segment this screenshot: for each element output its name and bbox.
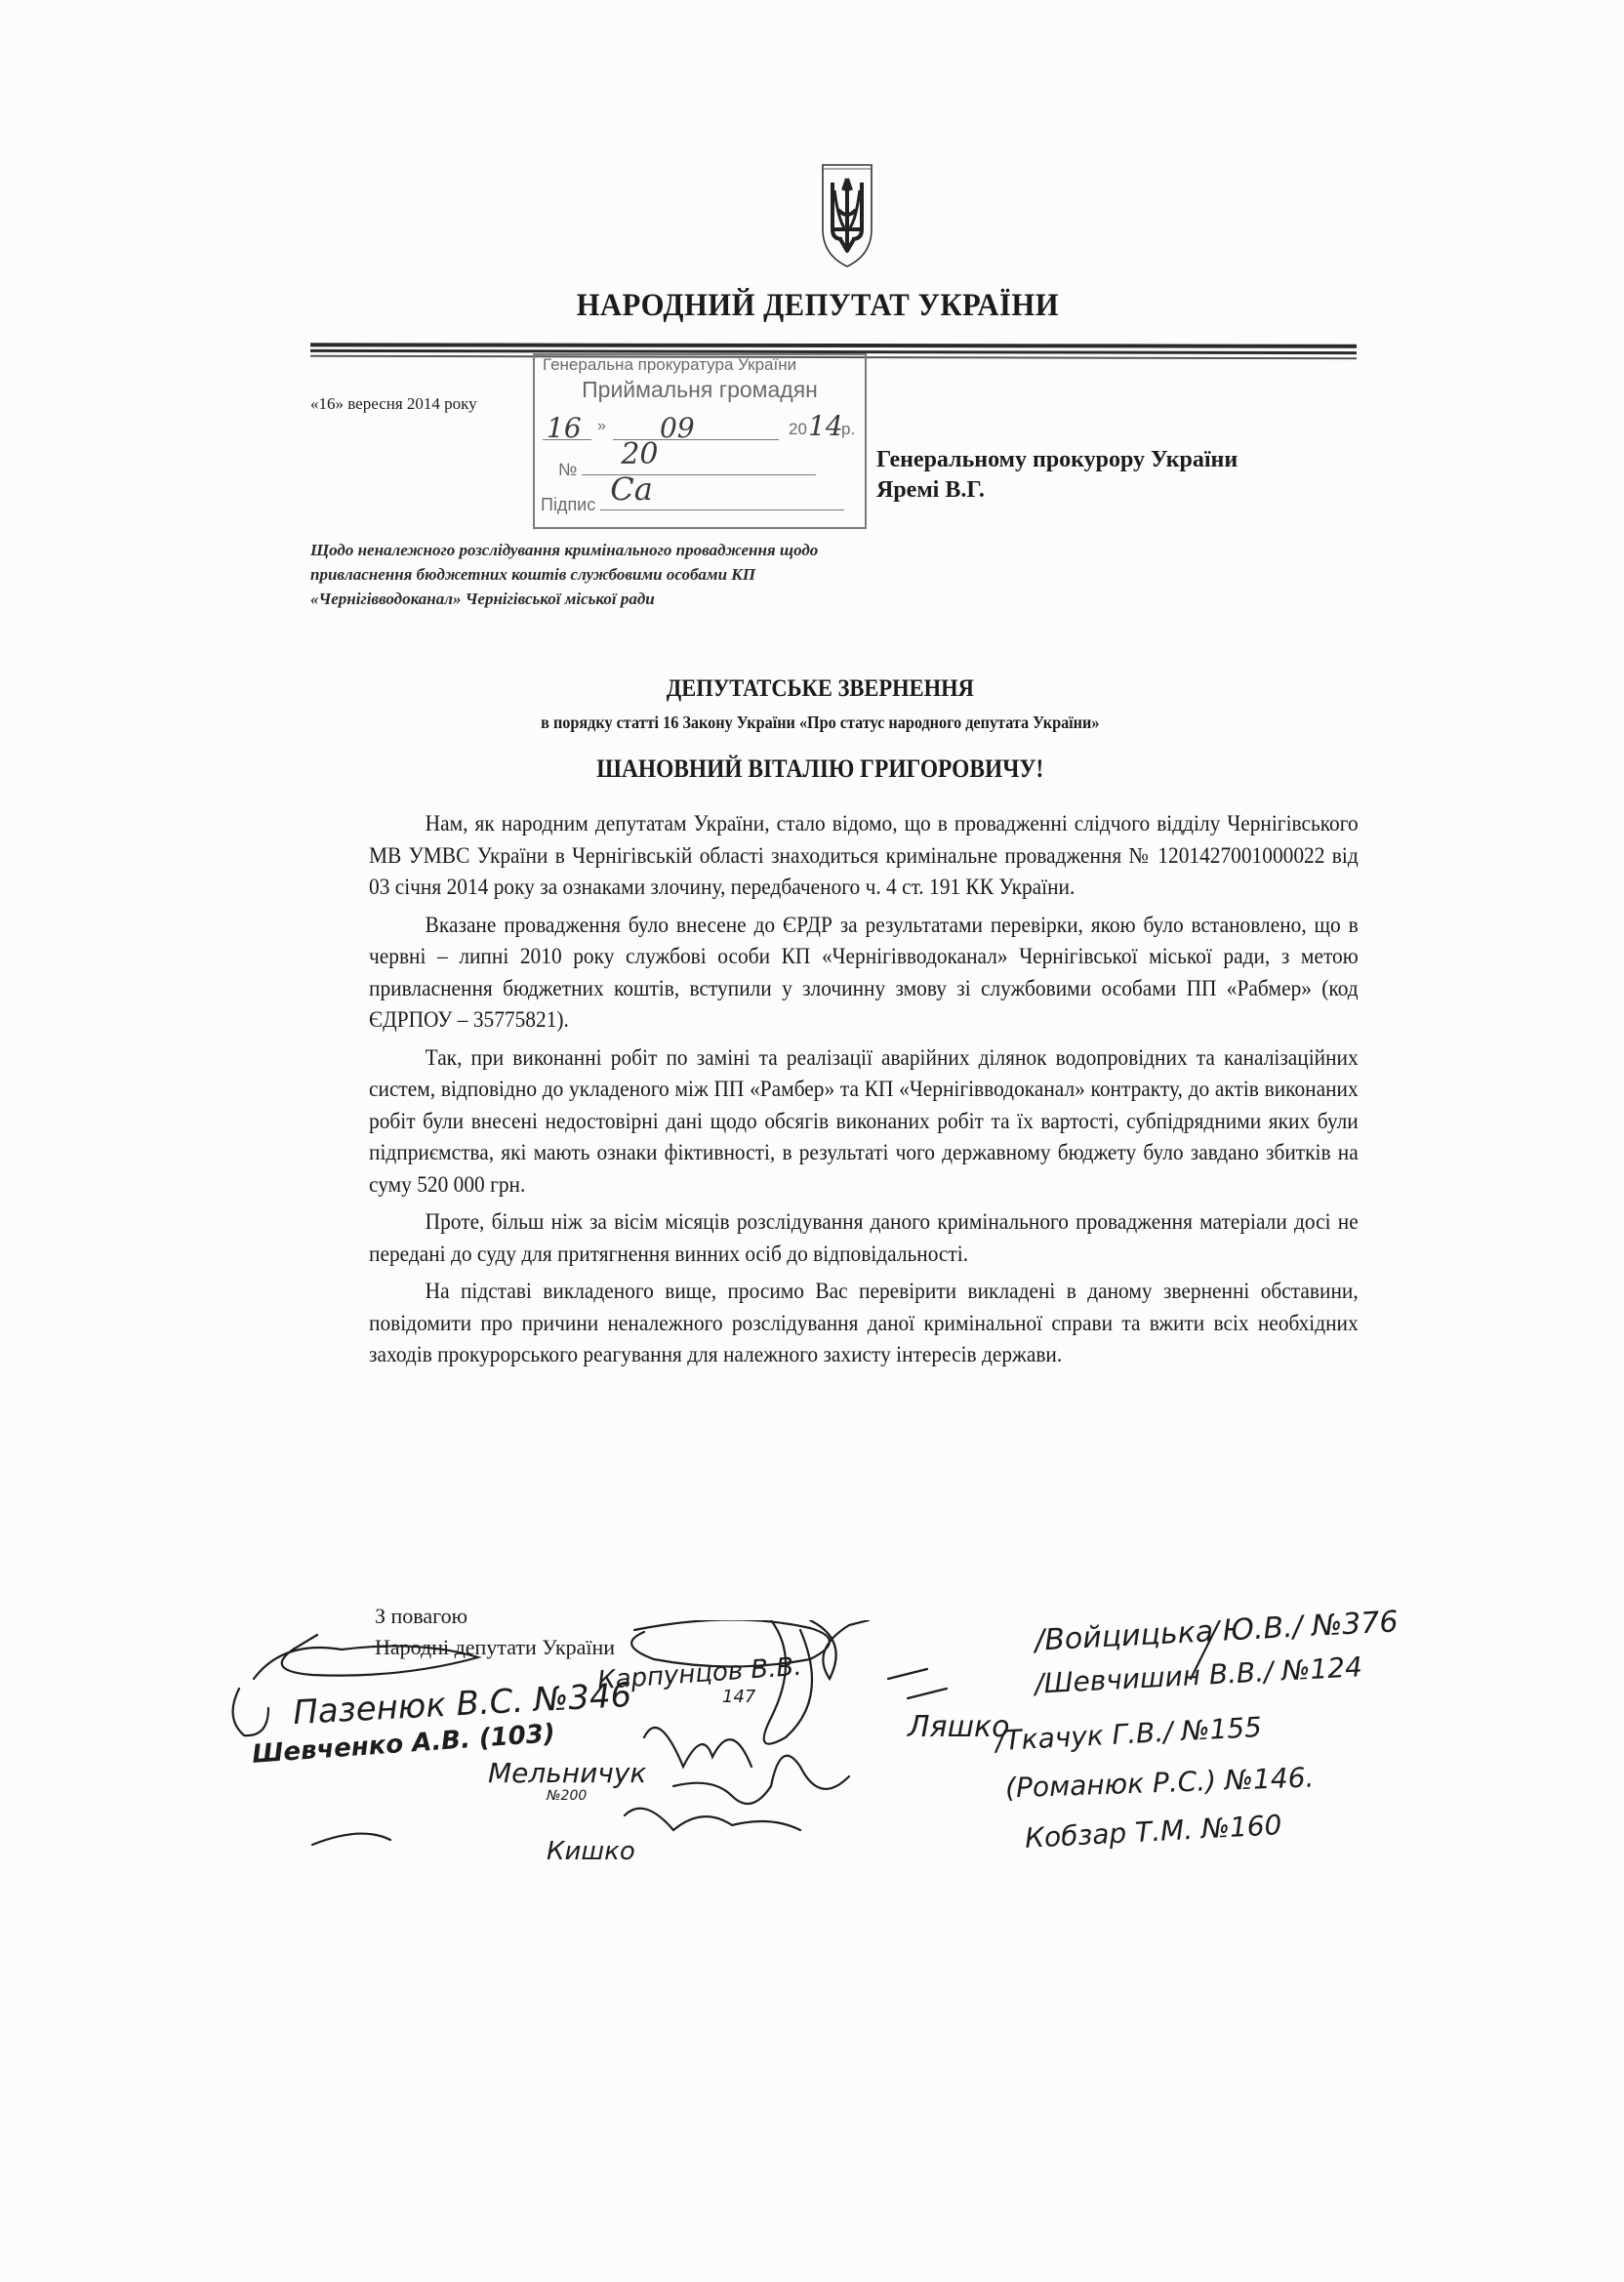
- letter-subject: Щодо неналежного розслідування криміналь…: [310, 538, 857, 611]
- stamp-number: № 20: [558, 457, 816, 480]
- body-paragraph: Нам, як народним депутатам України, стал…: [369, 808, 1359, 904]
- signature-note: №200: [547, 1788, 587, 1804]
- stamp-year-prefix: 20: [789, 420, 807, 439]
- body-paragraph: Проте, більш ніж за вісім місяців розслі…: [369, 1206, 1359, 1270]
- stamp-year-suffix: 14: [808, 410, 843, 442]
- stamp-quote: »: [597, 418, 606, 435]
- stamp-number-value: 20: [621, 437, 658, 471]
- signature: Мельничук: [488, 1757, 646, 1789]
- signatures-block: Карпунцов В.В. 147 Пазенюк В.С. №346 Шев…: [224, 1620, 1454, 1874]
- stamp-month: 09: [660, 412, 695, 444]
- stamp-date: 16 » 09 20 14 р.: [543, 412, 855, 443]
- stamp-organization: Генеральна прокуратура України: [543, 355, 796, 375]
- stamp-department: Приймальня громадян: [535, 377, 865, 403]
- addressee: Генеральному прокурору України Яремі В.Г…: [876, 445, 1238, 506]
- stamp-signature-line: Са: [600, 492, 844, 510]
- letter-body: Нам, як народним депутатам України, стал…: [369, 808, 1359, 1377]
- letterhead-rule: [310, 343, 1357, 347]
- salutation: ШАНОВНИЙ ВІТАЛІЮ ГРИГОРОВИЧУ!: [90, 754, 1552, 784]
- body-paragraph: На підставі викладеного вище, просимо Ва…: [369, 1276, 1359, 1371]
- stamp-day: 16: [547, 412, 582, 444]
- body-paragraph: Вказане провадження було внесене до ЄРДР…: [369, 910, 1359, 1037]
- body-paragraph: Так, при виконанні робіт по заміні та ре…: [369, 1042, 1359, 1202]
- addressee-name: Яремі В.Г.: [876, 475, 1238, 506]
- stamp-year-unit: р.: [841, 420, 855, 439]
- registration-stamp: Генеральна прокуратура України Приймальн…: [533, 353, 867, 529]
- signature-note: 147: [722, 1687, 755, 1707]
- stamp-signature-label: Підпис: [541, 495, 595, 514]
- appeal-subtitle: в порядку статті 16 Закону України «Про …: [90, 713, 1552, 733]
- letter-date: «16» вересня 2014 року: [310, 394, 477, 414]
- signature: Кишко: [547, 1837, 635, 1866]
- stamp-number-label: №: [558, 460, 577, 479]
- stamp-signature-value: Са: [610, 470, 653, 508]
- addressee-position: Генеральному прокурору України: [876, 445, 1238, 475]
- appeal-title: ДЕПУТАТСЬКЕ ЗВЕРНЕННЯ: [90, 675, 1552, 703]
- coat-of-arms-icon: [793, 161, 901, 270]
- letterhead-title: НАРОДНИЙ ДЕПУТАТ УКРАЇНИ: [62, 288, 1573, 324]
- stamp-signature: Підпис Са: [541, 492, 844, 515]
